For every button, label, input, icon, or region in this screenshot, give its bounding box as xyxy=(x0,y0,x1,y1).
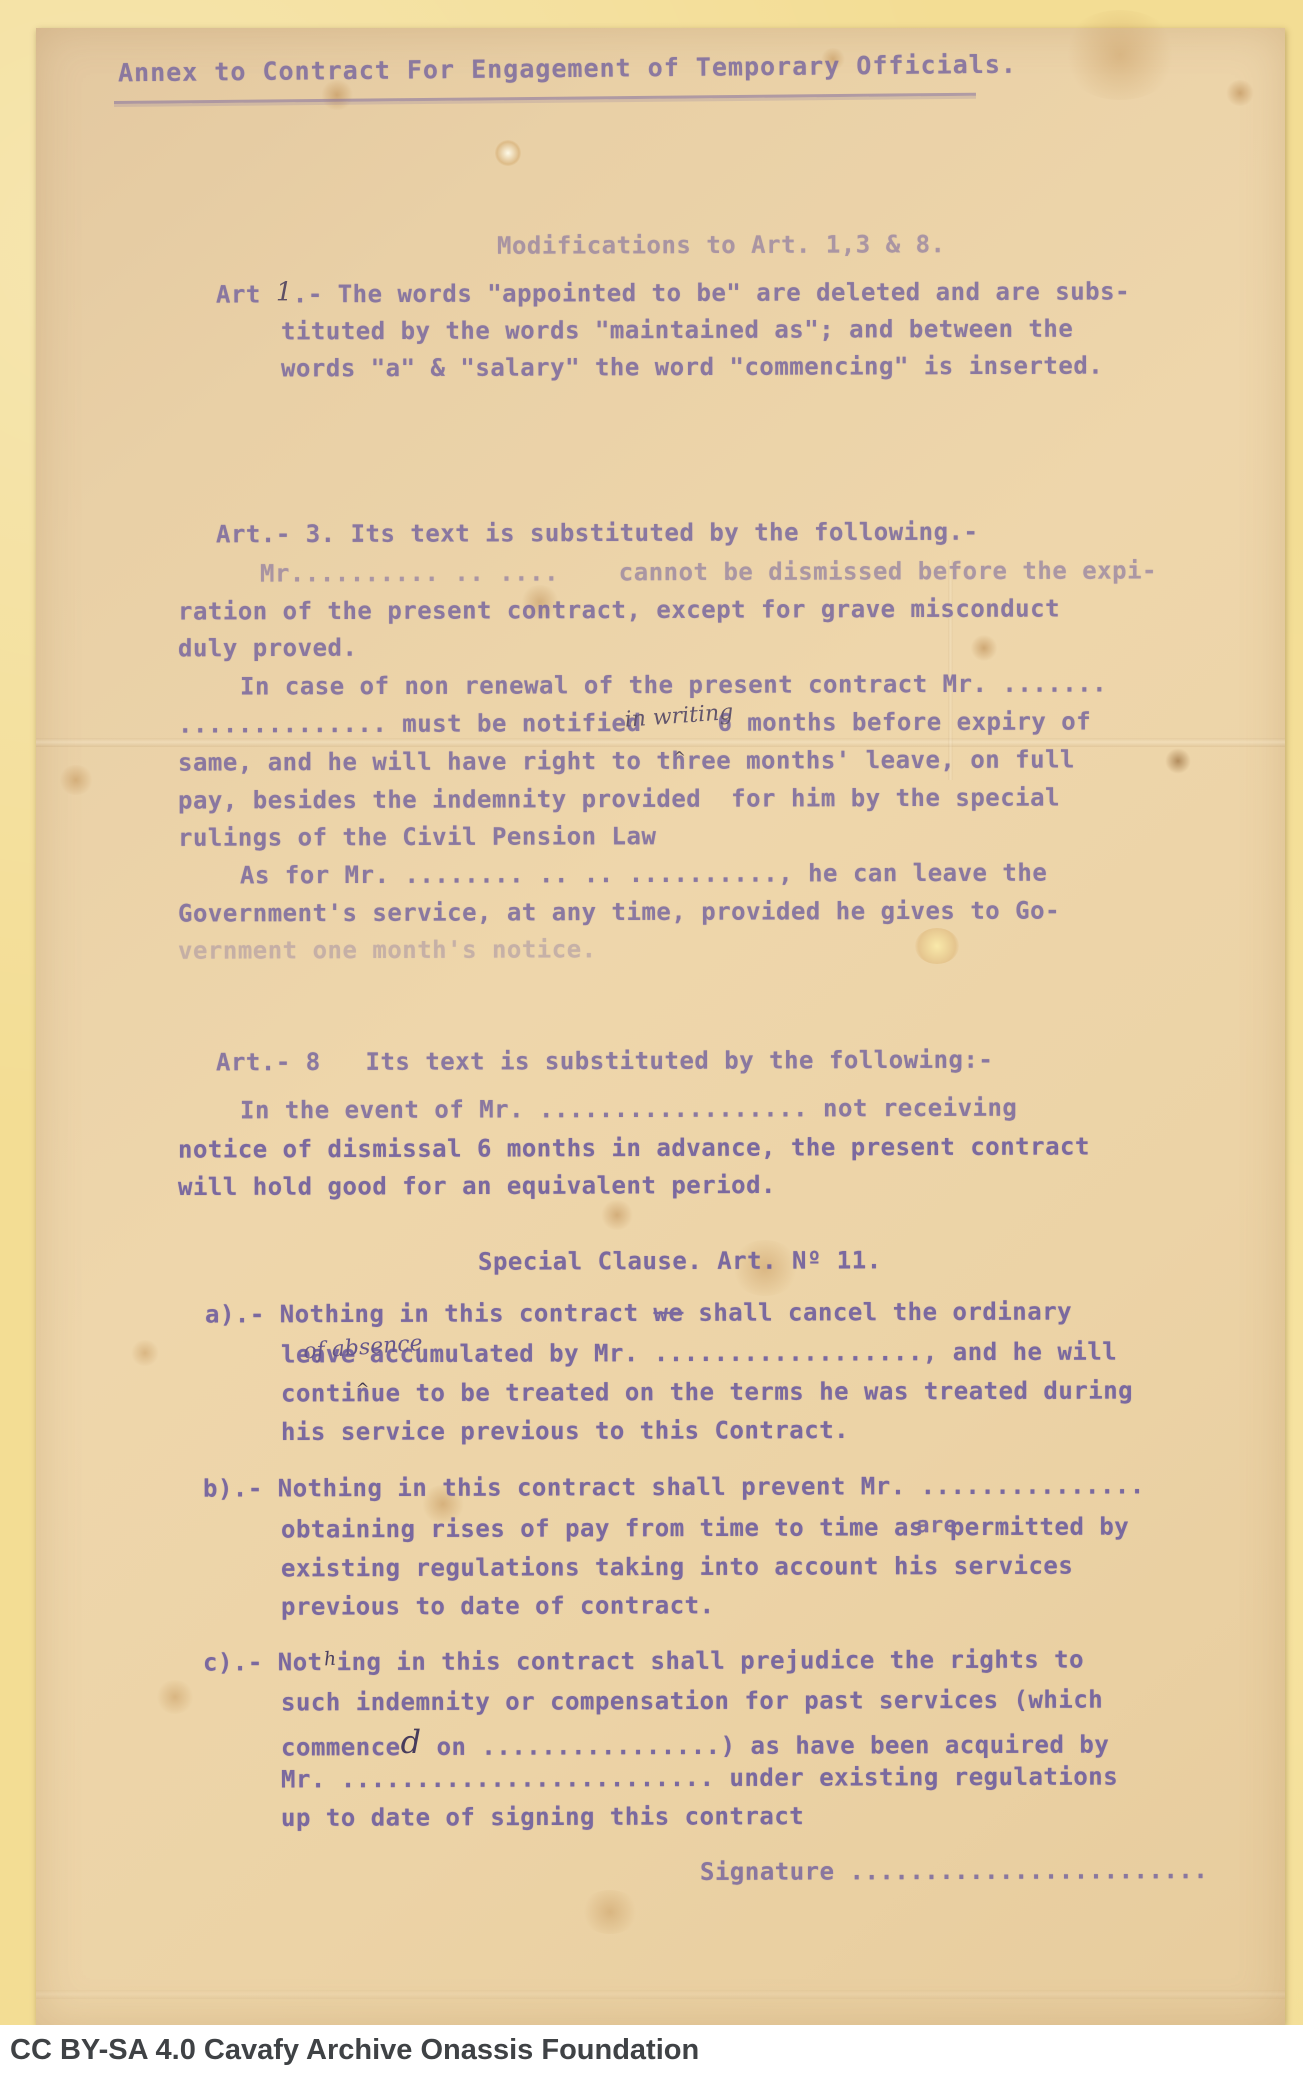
clause-c-line-2: such indemnity or compensation for past … xyxy=(281,1685,1103,1718)
clause-b-line-3: existing regulations taking into account… xyxy=(281,1551,1073,1584)
art3-line-5-pre: .............. must be notified xyxy=(178,709,642,739)
license-credit-bar: CC BY-SA 4.0 Cavafy Archive Onassis Foun… xyxy=(0,2025,1303,2078)
art3-line-6: same, and he will have right to three mo… xyxy=(178,744,1075,777)
struck-word: we xyxy=(653,1299,683,1327)
clause-a-line-3: continue to be treated on the terms he w… xyxy=(281,1376,1133,1409)
art3-line-11: vernment one month's notice. xyxy=(178,934,597,965)
art3-line-3: duly proved. xyxy=(178,633,357,664)
fold-crease xyxy=(36,1990,1285,1999)
clause-b2-post: permitted by xyxy=(950,1513,1129,1542)
clause-a-line-4: his service previous to this Contract. xyxy=(281,1415,849,1447)
art3-heading: Art.- 3. Its text is substituted by the … xyxy=(216,517,979,550)
handwritten-insertion-h: h xyxy=(323,1648,337,1671)
art8-line-2: notice of dismissal 6 months in advance,… xyxy=(178,1131,1090,1164)
art3-line-4: In case of non renewal of the present co… xyxy=(240,668,1107,701)
clause-c-line-3: commenced on ................) as have b… xyxy=(281,1723,1109,1764)
modifications-heading: Modifications to Art. 1,3 & 8. xyxy=(497,229,946,261)
handwritten-insertion-d: d xyxy=(401,1723,422,1761)
art3-line-7: pay, besides the indemnity provided for … xyxy=(178,782,1060,815)
clause-b-line-1: b).- Nothing in this contract shall prev… xyxy=(203,1470,1145,1503)
art3-line-5-post: 6 months before expiry of xyxy=(717,707,1091,736)
clause-a-post: shall cancel the ordinary xyxy=(683,1297,1072,1326)
clause-b2-pre: obtaining rises of pay from time to time… xyxy=(281,1513,924,1543)
clause-b-line-4: previous to date of contract. xyxy=(281,1590,715,1622)
clause-a-line-2: leaveof absence^accumulated by Mr. .....… xyxy=(281,1337,1117,1370)
license-credit-text: CC BY-SA 4.0 Cavafy Archive Onassis Foun… xyxy=(10,2034,699,2066)
art3-line-9: As for Mr. ........ .. .. .........., he… xyxy=(240,858,1047,891)
art3-line-5: .............. must be notifiedin writin… xyxy=(178,706,1091,739)
clause-c3-spacer xyxy=(422,1733,437,1761)
art8-line-1: In the event of Mr. .................. n… xyxy=(240,1093,1017,1126)
art1-label: Art xyxy=(216,280,276,308)
art8-heading: Art.- 8 Its text is substituted by the f… xyxy=(216,1045,993,1078)
art3-line-8: rulings of the Civil Pension Law xyxy=(178,821,656,853)
clause-a-pre: a).- Nothing in this contract xyxy=(205,1299,654,1329)
art3-line-2: ration of the present contract, except f… xyxy=(178,593,1060,626)
signature-line: Signature ........................ xyxy=(700,1855,1208,1887)
clause-c3-post: on ................) as have been acquir… xyxy=(436,1731,1109,1761)
art1-text: .- The words "appointed to be" are delet… xyxy=(293,277,1130,308)
art1-line-1: Art 1.- The words "appointed to be" are … xyxy=(216,276,1130,309)
handwritten-article-number: 1 xyxy=(276,277,293,307)
typed-insertion-are: are xyxy=(916,1513,957,1538)
clause-a-line-1: a).- Nothing in this contract we shall c… xyxy=(205,1296,1072,1329)
clause-c1-pre: c).- Not xyxy=(203,1648,323,1676)
clause-c-line-1: c).- Nothing in this contract shall prej… xyxy=(203,1644,1084,1677)
special-clause-heading: Special Clause. Art. Nº 11. xyxy=(478,1245,882,1276)
clause-a2-post: accumulated by Mr. .................., a… xyxy=(370,1338,1118,1369)
art8-line-3: will hold good for an equivalent period. xyxy=(178,1170,776,1202)
art3-line-1: Mr.......... .. .... cannot be dismissed… xyxy=(260,555,1157,588)
clause-b-line-2: obtaining rises of pay from time to time… xyxy=(281,1512,1129,1545)
clause-c3-pre: commence xyxy=(281,1733,401,1761)
art1-line-2: tituted by the words "maintained as"; an… xyxy=(281,314,1073,347)
art3-line-10: Government's service, at any time, provi… xyxy=(178,895,1060,928)
clause-c-line-4: Mr. ......................... under exis… xyxy=(281,1762,1118,1795)
clause-c-line-5: up to date of signing this contract xyxy=(281,1801,804,1833)
clause-c1-post: ing in this contract shall prejudice the… xyxy=(337,1645,1085,1676)
art1-line-3: words "a" & "salary" the word "commencin… xyxy=(281,351,1103,384)
